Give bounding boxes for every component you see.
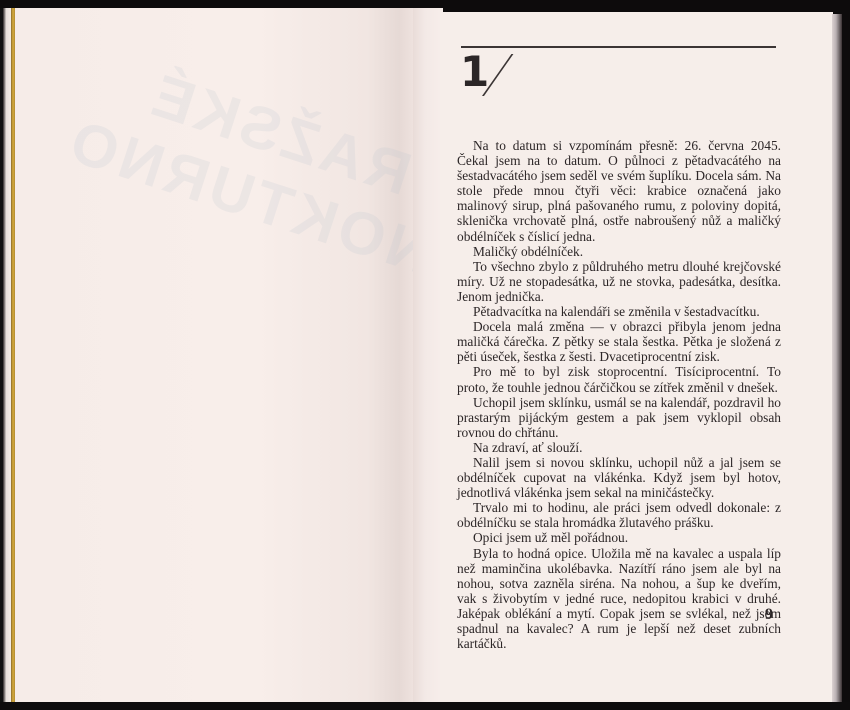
paragraph: To všechno zbylo z půldruhého metru dlou… (457, 259, 781, 304)
show-through-text: PRAŽSKÉ NOKTURNO (79, 46, 462, 281)
page-stack-edge (3, 8, 11, 704)
chapter-rule (461, 46, 776, 48)
chapter-number: 1 (460, 48, 488, 96)
left-page: PRAŽSKÉ NOKTURNO (15, 8, 415, 702)
paragraph: Uchopil jsem sklínku, usmál se na kalend… (457, 395, 781, 440)
paragraph: Trvalo mi to hodinu, ale práci jsem odve… (457, 500, 781, 530)
paragraph: Byla to hodná opice. Uložila mě na kaval… (457, 546, 781, 652)
chapter-text: Na to datum si vzpomínám přesně: 26. čer… (457, 138, 781, 651)
paragraph: Pro mě to byl zisk stoprocentní. Tisícip… (457, 364, 781, 394)
paragraph: Opici jsem už měl pořádnou. (457, 530, 781, 545)
paragraph: Nalil jsem si novou sklínku, uchopil nůž… (457, 455, 781, 500)
paragraph: Maličký obdélníček. (457, 244, 781, 259)
book-spine-gutter (413, 8, 443, 702)
book-bottom-edge (0, 702, 850, 710)
paragraph: Docela malá změna — v obrazci přibyla je… (457, 319, 781, 364)
right-page-edge (832, 14, 842, 704)
paragraph: Na to datum si vzpomínám přesně: 26. čer… (457, 138, 781, 244)
paragraph: Pětadvacítka na kalendáři se změnila v š… (457, 304, 781, 319)
open-book: PRAŽSKÉ NOKTURNO 1 Na to datum si vzpomí… (0, 0, 850, 710)
page-number: 9 (765, 606, 773, 624)
paragraph: Na zdraví, ať slouží. (457, 440, 781, 455)
